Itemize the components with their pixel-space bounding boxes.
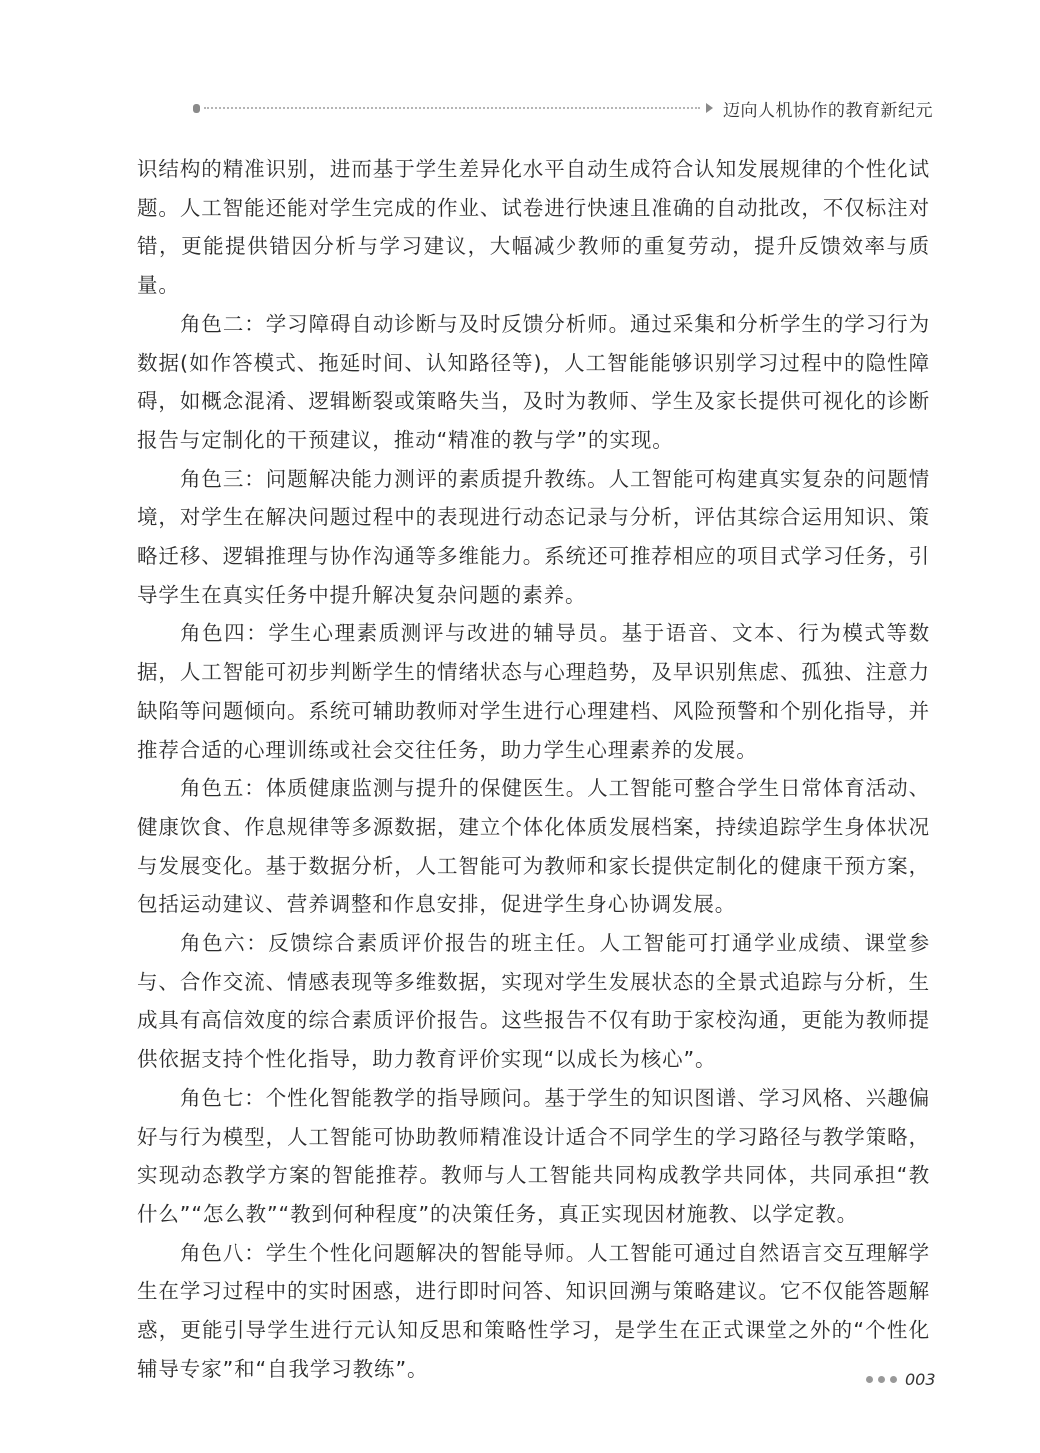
paragraph-role-four: 角色四：学生心理素质测评与改进的辅导员。基于语音、文本、行为模式等数据，人工智能… bbox=[137, 614, 930, 769]
paragraph-continuation: 识结构的精准识别，进而基于学生差异化水平自动生成符合认知发展规律的个性化试题。人… bbox=[137, 150, 930, 305]
running-header: 迈向人机协作的教育新纪元 bbox=[193, 96, 933, 120]
paragraph-role-seven: 角色七：个性化智能教学的指导顾问。基于学生的知识图谱、学习风格、兴趣偏好与行为模… bbox=[137, 1079, 930, 1234]
footer-dot-icon bbox=[866, 1376, 873, 1383]
paragraph-role-two: 角色二：学习障碍自动诊断与及时反馈分析师。通过采集和分析学生的学习行为数据(如作… bbox=[137, 305, 930, 460]
page-number: 003 bbox=[905, 1370, 936, 1389]
paragraph-role-six: 角色六：反馈综合素质评价报告的班主任。人工智能可打通学业成绩、课堂参与、合作交流… bbox=[137, 924, 930, 1079]
footer-dot-icon bbox=[878, 1376, 885, 1383]
header-dot-icon bbox=[193, 104, 200, 113]
paragraph-role-eight: 角色八：学生个性化问题解决的智能导师。人工智能可通过自然语言交互理解学生在学习过… bbox=[137, 1234, 930, 1389]
body-text: 识结构的精准识别，进而基于学生差异化水平自动生成符合认知发展规律的个性化试题。人… bbox=[137, 150, 930, 1389]
header-dotted-rule bbox=[204, 107, 700, 109]
page-footer: 003 bbox=[866, 1370, 936, 1389]
footer-dot-icon bbox=[890, 1376, 897, 1383]
header-arrow-icon bbox=[706, 103, 713, 113]
paragraph-role-five: 角色五：体质健康监测与提升的保健医生。人工智能可整合学生日常体育活动、健康饮食、… bbox=[137, 769, 930, 924]
running-title: 迈向人机协作的教育新纪元 bbox=[723, 96, 933, 121]
paragraph-role-three: 角色三：问题解决能力测评的素质提升教练。人工智能可构建真实复杂的问题情境，对学生… bbox=[137, 460, 930, 615]
